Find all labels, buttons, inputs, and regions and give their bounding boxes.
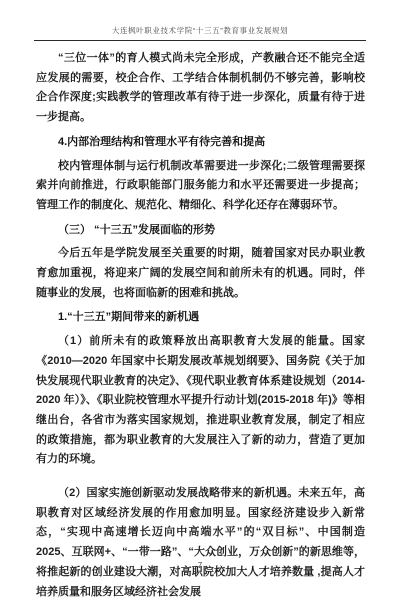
paragraph-next-five-years: 今后五年是学院发展至关重要的时期，随着国家对民办职业教育愈加重视，将迎来广阔的发… — [36, 244, 365, 303]
paragraph-internal-governance: 校内管理体制与运行机制改革需要进一步深化;二级管理需要探索并向前推进，行政职能部… — [36, 157, 365, 216]
page-header-title: 大连枫叶职业技术学院“十三五”教育事业发展规划 — [34, 25, 366, 41]
document-body: “三位一体”的育人模式尚未完全形成，产教融合还不能完全适应发展的需要，校企合作、… — [36, 49, 365, 600]
heading-section-4: 4.内部治理结构和管理水平有待完善和提高 — [36, 133, 365, 153]
heading-new-opportunities: 1.“十三五”期间带来的新机遇 — [36, 308, 365, 328]
heading-section-three: （三） “十三五”发展面临的形势 — [36, 221, 365, 241]
document-page: 大连枫叶职业技术学院“十三五”教育事业发展规划 “三位一体”的育人模式尚未完全形… — [0, 0, 400, 600]
paragraph-innovation-strategy: （2）国家实施创新驱动发展战略带来的新机遇。未来五年，高职教育对区域经济发展的作… — [36, 484, 365, 600]
paragraph-continued: “三位一体”的育人模式尚未完全形成，产教融合还不能完全适应发展的需要，校企合作、… — [36, 49, 365, 128]
page-number: 7 — [0, 561, 400, 570]
paragraph-policy-energy: （1）前所未有的政策释放出高职教育大发展的能量。国家《2010—2020 年国家… — [36, 332, 365, 470]
